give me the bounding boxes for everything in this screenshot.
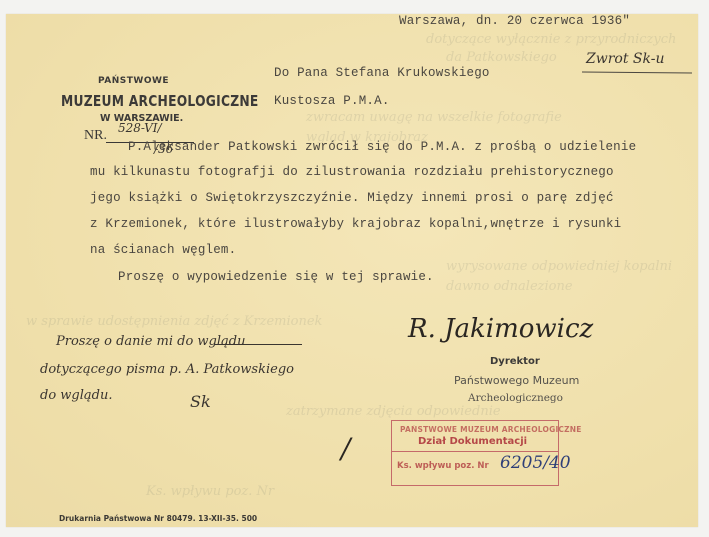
registry-stamp-divider: [392, 451, 558, 452]
body-line-1: P.Aleksander Patkowski zwrócił się do P.…: [128, 140, 636, 154]
bleed-through-text: dotyczące wyłącznie z przyrodniczych: [426, 32, 676, 47]
bleed-through-text: w sprawie udostępnienia zdjęć z Krzemion…: [26, 314, 322, 329]
body-line-6: Proszę o wypowiedzenie się w tej sprawie…: [118, 270, 434, 284]
handwritten-strikethrough: [214, 344, 302, 345]
letterhead-museum-name: MUZEUM ARCHEOLOGICZNE: [61, 92, 259, 110]
registry-stamp-institution: PAŃSTWOWE MUZEUM ARCHEOLOGICZNE: [400, 425, 582, 434]
registry-stamp-entry-label: Ks. wpływu poz. Nr: [397, 461, 489, 471]
body-line-5: na ścianach węglem.: [90, 243, 236, 257]
signature-stamp-institution-2: Archeologicznego: [468, 392, 563, 404]
registry-stamp: PAŃSTWOWE MUZEUM ARCHEOLOGICZNE Dział Do…: [391, 420, 559, 486]
letterhead-nr-value: 528-VI/: [118, 121, 162, 135]
bleed-through-text: zwracam uwagę na wszelkie fotografie: [306, 110, 562, 125]
registry-stamp-entry-number: 6205/40: [500, 453, 571, 473]
return-note: Zwrot Sk-u: [586, 51, 664, 67]
body-line-2: mu kilkunastu fotografji do zilustrowani…: [90, 165, 614, 179]
handwritten-initials: Sk: [190, 392, 211, 411]
slash-mark: /: [341, 432, 350, 465]
printer-footer: Drukarnia Państwowa Nr 80479. 13-XII-35.…: [59, 514, 257, 523]
signature-stamp-institution: Państwowego Muzeum: [454, 374, 579, 387]
body-line-4: z Krzemionek, które ilustrowałyby krajob…: [90, 217, 621, 231]
registry-stamp-department: Dział Dokumentacji: [418, 436, 527, 447]
addressee-name: Do Pana Stefana Krukowskiego: [274, 66, 490, 80]
date-line: Warszawa, dn. 20 czerwca 1936": [399, 14, 630, 28]
body-line-3: jego książki o Swiętokrzyszczyźnie. Międ…: [90, 191, 614, 205]
letter-page: dotyczące wyłącznie z przyrodniczych da …: [6, 14, 698, 527]
letterhead-nr-label: NR.: [84, 128, 107, 144]
director-signature: R. Jakimowicz: [408, 314, 593, 344]
letterhead-line1: PAŃSTWOWE: [98, 76, 169, 86]
bleed-through-text: zatrzymane zdjęcia odpowiednie: [286, 404, 501, 419]
bleed-through-text: dawno odnalezione: [446, 279, 573, 294]
bleed-through-text: Ks. wpływu poz. Nr: [146, 484, 274, 499]
handwritten-note-line-1: Proszę o danie mi do wglądu: [56, 334, 245, 349]
return-note-underline: [582, 72, 692, 74]
addressee-title: Kustosza P.M.A.: [274, 94, 390, 108]
handwritten-note-line-3: do wglądu.: [40, 388, 112, 403]
bleed-through-text: wyrysowane odpowiedniej kopalni: [446, 259, 672, 274]
signature-stamp-title: Dyrektor: [490, 356, 540, 367]
handwritten-note-line-2: dotyczącego pisma p. A. Patkowskiego: [40, 362, 294, 377]
bleed-through-text: da Patkowskiego: [446, 50, 557, 65]
